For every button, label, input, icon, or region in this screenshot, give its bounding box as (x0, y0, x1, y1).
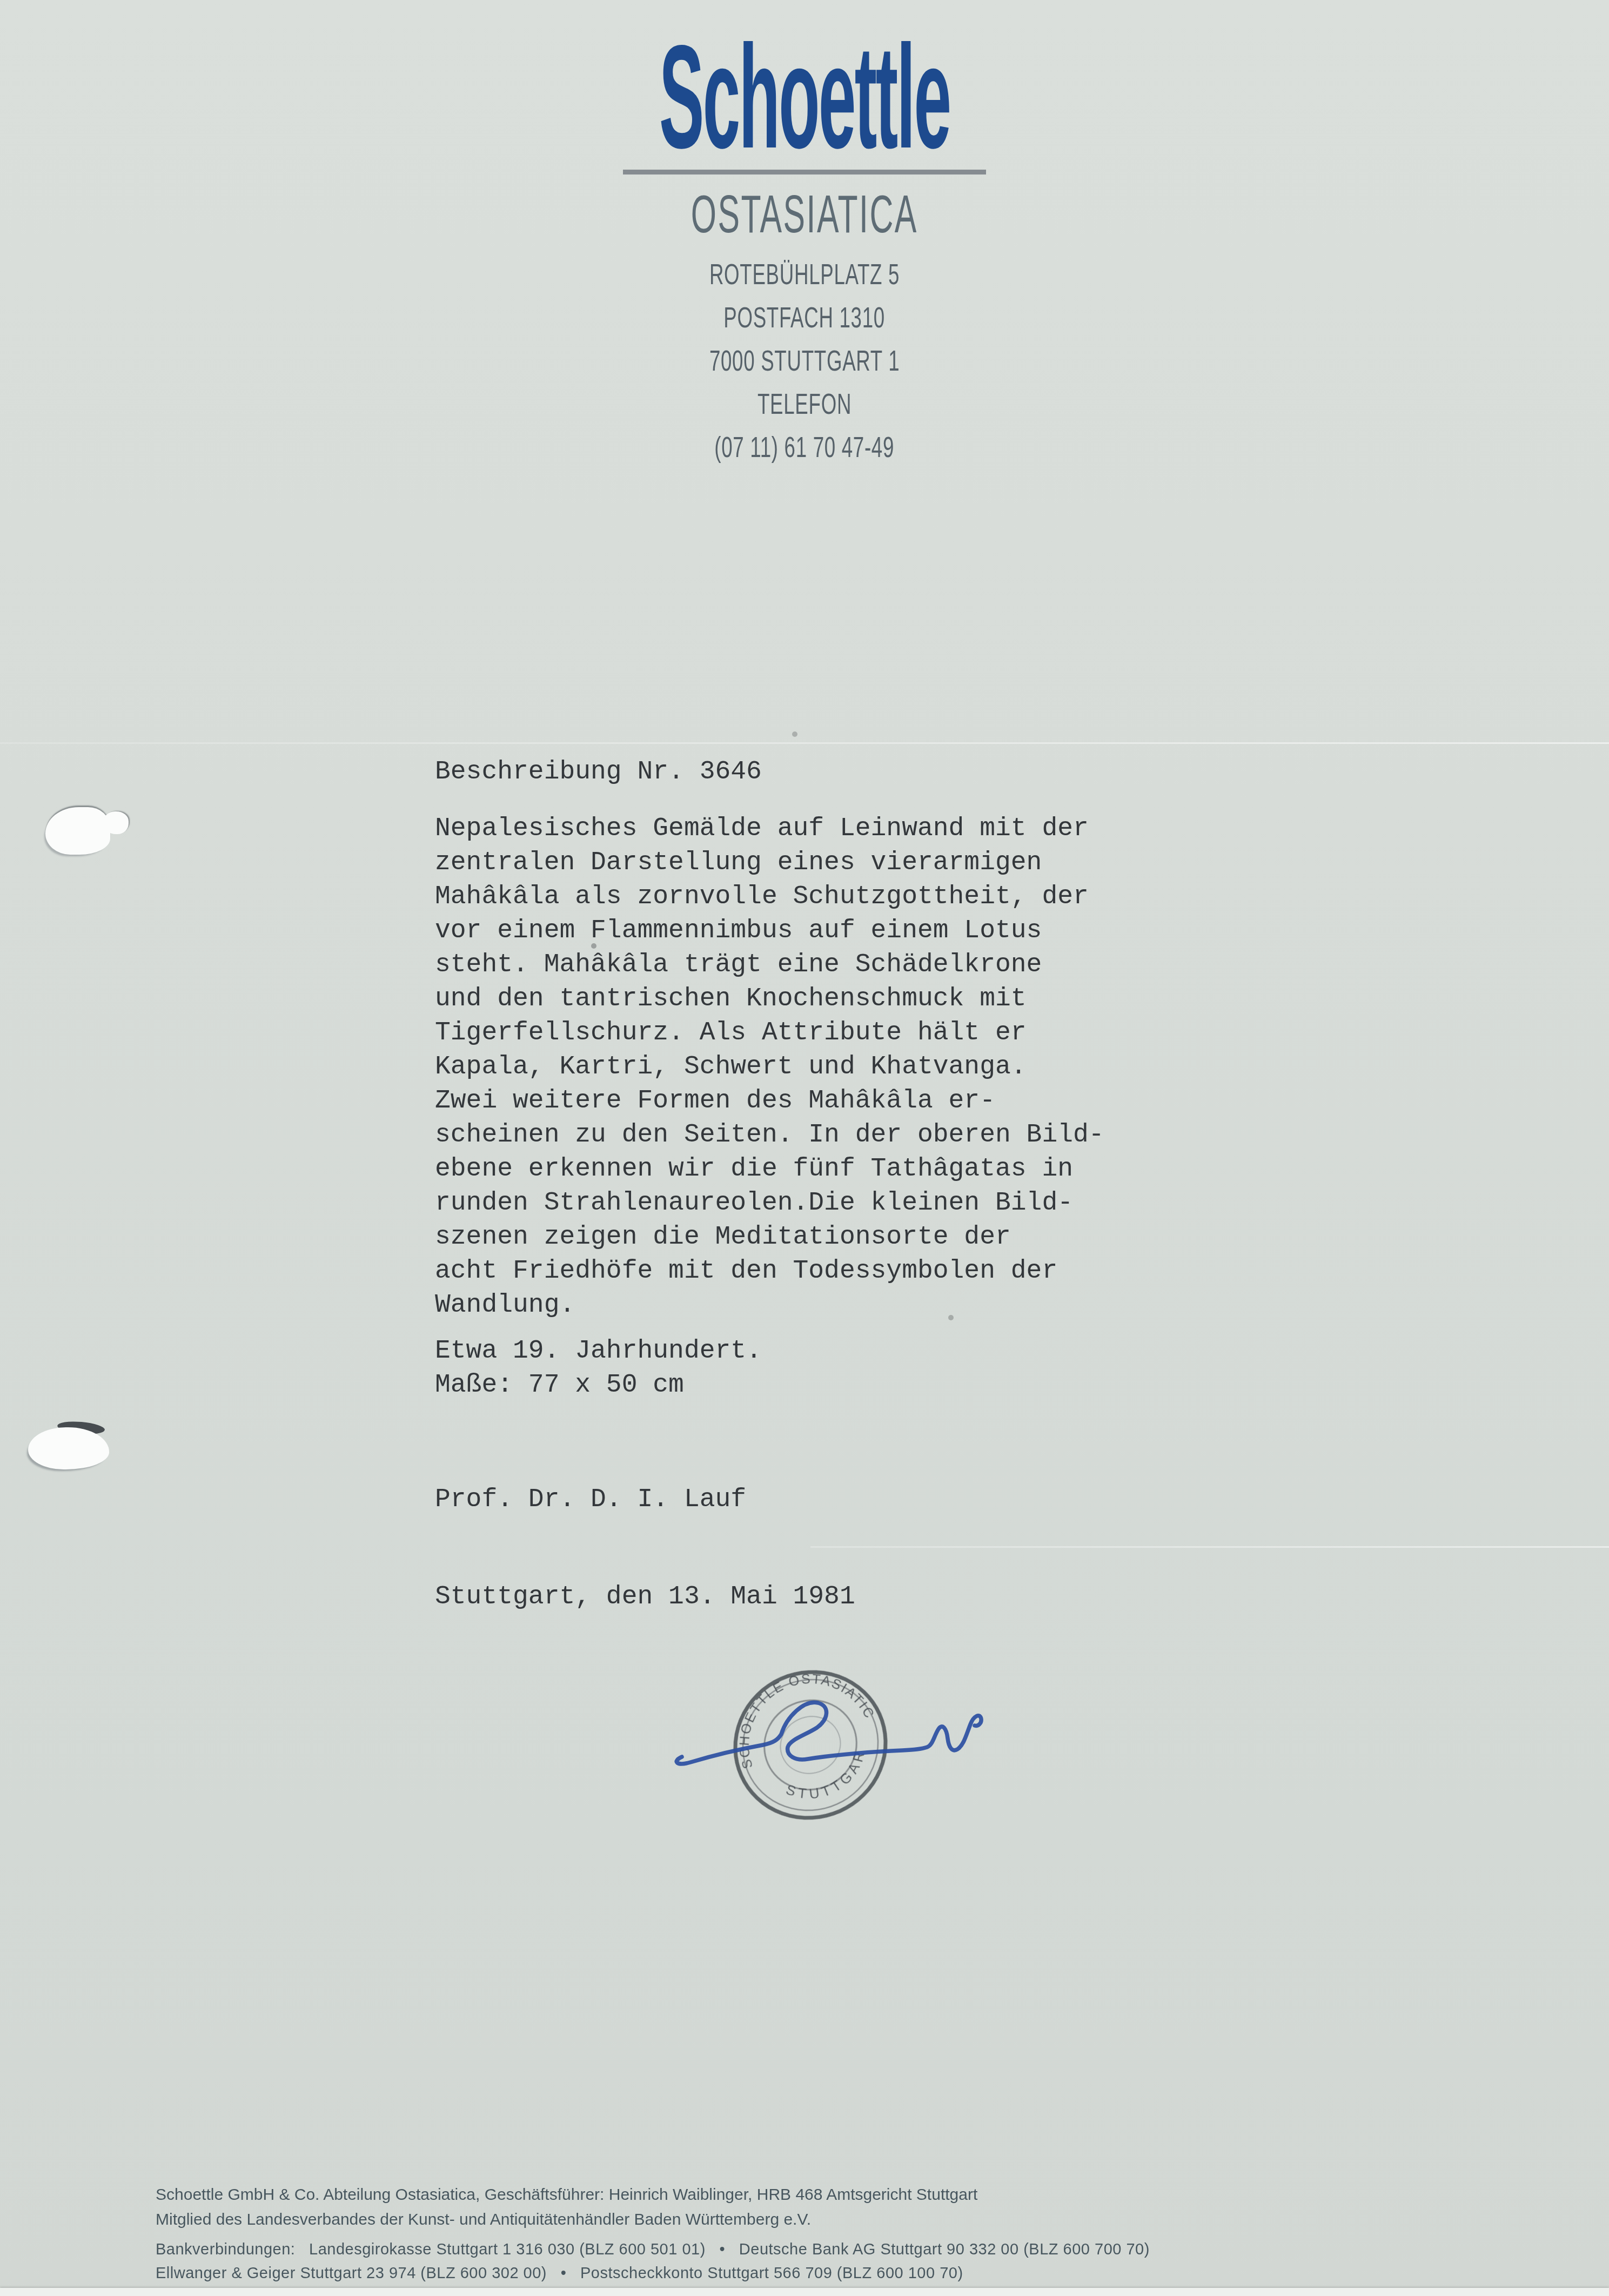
fold-line-upper (0, 742, 1609, 744)
stamp-and-signature: SCHOETTLE OSTASIATICA STUTTGART (648, 1632, 1027, 1858)
description-reference-number: Beschreibung Nr. 3646 (435, 755, 762, 789)
scan-bottom-edge (0, 2288, 1609, 2296)
address-city: 7000 STUTTGART 1 (0, 343, 1609, 386)
punch-hole-lower (28, 1427, 109, 1469)
footer-bank-line-2: Ellwanger & Geiger Stuttgart 23 974 (BLZ… (156, 2261, 1150, 2285)
dimensions-line: Maße: 77 x 50 cm (435, 1368, 684, 1402)
fold-line-lower (810, 1546, 1609, 1548)
punch-hole-upper-tear (103, 811, 129, 834)
address-street: ROTEBÜHLPLATZ 5 (0, 257, 1609, 300)
round-stamp: SCHOETTLE OSTASIATICA STUTTGART (648, 1632, 909, 1858)
address-telefon-label: TELEFON (0, 386, 1609, 429)
artwork-description-paragraph: Nepalesisches Gemälde auf Leinwand mit d… (435, 812, 1104, 1322)
signatory-name: Prof. Dr. D. I. Lauf (435, 1483, 746, 1517)
division-name: OSTASIATICA (691, 187, 918, 240)
handwritten-signature (676, 1702, 981, 1764)
company-logo: Schoettle (659, 27, 950, 166)
address-pobox: POSTFACH 1310 (0, 300, 1609, 343)
stamp-svg: SCHOETTLE OSTASIATICA STUTTGART (648, 1632, 1027, 1858)
stamp-emblem (772, 1707, 850, 1783)
division-row: OSTASIATICA (0, 187, 1609, 240)
footer-membership-line: Mitglied des Landesverbandes der Kunst- … (156, 2207, 1150, 2232)
scanned-letter-page: Schoettle OSTASIATICA ROTEBÜHLPLATZ 5 PO… (0, 0, 1609, 2296)
address-phone-number: (07 11) 61 70 47-49 (0, 429, 1609, 473)
dating-line: Etwa 19. Jahrhundert. (435, 1334, 762, 1368)
place-and-date-line: Stuttgart, den 13. Mai 1981 (435, 1580, 855, 1614)
letterhead: Schoettle OSTASIATICA ROTEBÜHLPLATZ 5 PO… (0, 0, 1609, 473)
footer-bank-line-1: Bankverbindungen: Landesgirokasse Stuttg… (156, 2238, 1150, 2261)
address-block: ROTEBÜHLPLATZ 5 POSTFACH 1310 7000 STUTT… (0, 257, 1609, 473)
logo-row: Schoettle (0, 27, 1609, 166)
punch-hole-upper (45, 807, 110, 855)
footer-imprint: Schoettle GmbH & Co. Abteilung Ostasiati… (156, 2183, 1150, 2285)
footer-company-line: Schoettle GmbH & Co. Abteilung Ostasiati… (156, 2183, 1150, 2207)
